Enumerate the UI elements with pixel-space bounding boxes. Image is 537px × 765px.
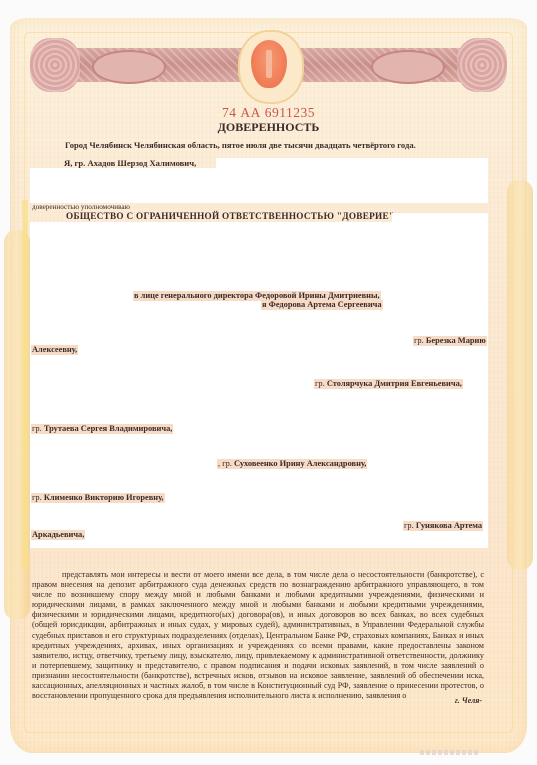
representative-name: гр. Березка Марию bbox=[413, 336, 487, 346]
representative-name: гр. Трутаева Сергея Владимировича, bbox=[31, 424, 173, 434]
representative-name: гр. Столярчука Дмитрия Евгеньевича, bbox=[314, 379, 463, 389]
ornament-oval-right bbox=[371, 50, 445, 84]
representative-line: я Федорова Артема Сергеевича bbox=[261, 300, 383, 310]
decorative-yellow-band bbox=[22, 200, 28, 570]
decorative-scroll-right bbox=[507, 180, 533, 570]
ornament-rosette-right bbox=[457, 38, 507, 92]
document-title: ДОВЕРЕННОСТЬ bbox=[0, 120, 537, 135]
representative-name: Алексеевну, bbox=[31, 345, 78, 355]
footer-print-mark bbox=[420, 750, 480, 755]
redacted-region bbox=[216, 158, 488, 170]
redacted-region bbox=[30, 168, 488, 203]
notary-emblem-icon bbox=[251, 40, 287, 88]
principal-line: Я, гр. Ахадов Шерзод Халимович, bbox=[64, 158, 196, 168]
ornament-rosette-left bbox=[30, 38, 80, 92]
representative-name: гр. Клименко Викторию Игоревну, bbox=[31, 493, 165, 503]
ornament-oval-left bbox=[92, 50, 166, 84]
organization-name: ОБЩЕСТВО С ОГРАНИЧЕННОЙ ОТВЕТСТВЕННОСТЬЮ… bbox=[66, 211, 394, 221]
page-continuation: г. Челя- bbox=[455, 696, 482, 705]
ornamental-header-band bbox=[30, 30, 507, 100]
representative-name: , гр. Суховеенко Ирину Александровну, bbox=[217, 459, 367, 469]
authorize-phrase: доверенностью уполномочиваю bbox=[32, 203, 130, 211]
place-and-date: Город Челябинск Челябинская область, пят… bbox=[65, 140, 416, 150]
representative-name: гр. Гунякова Артема bbox=[403, 521, 483, 531]
representative-name: Аркадьевича, bbox=[31, 530, 85, 540]
powers-paragraph: представлять мои интересы и вести от мое… bbox=[32, 570, 484, 701]
serial-number: 74 АА 6911235 bbox=[0, 105, 537, 121]
